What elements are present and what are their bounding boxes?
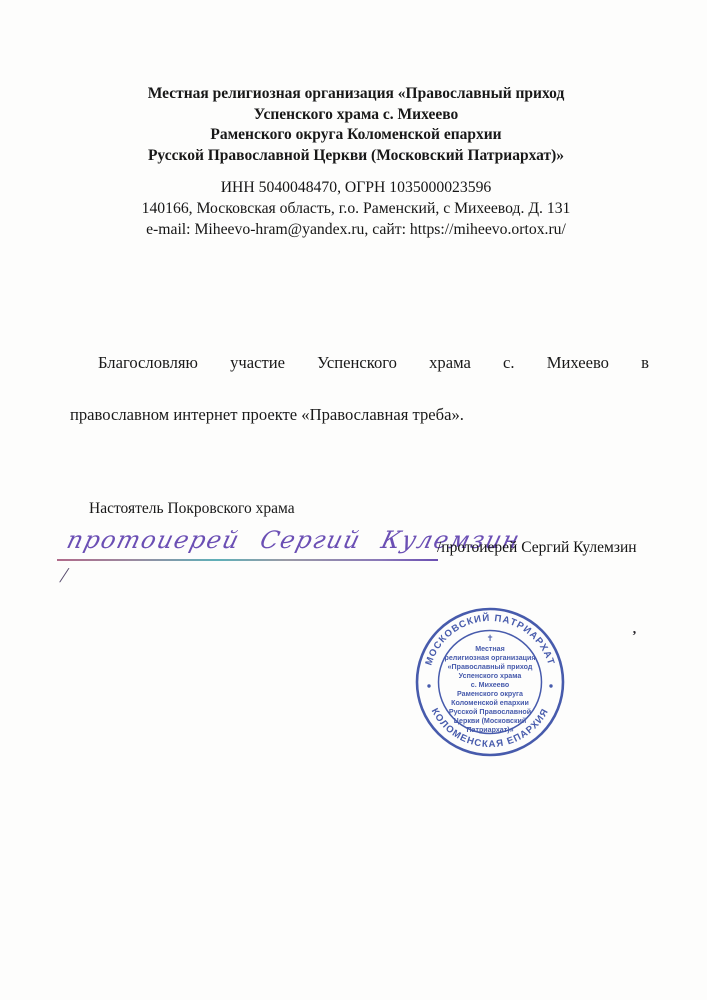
stamp-center-line: с. Михеево [471,681,510,689]
letter-body: Благословляю участие Успенского храма с.… [70,350,649,427]
org-name-line: Раменского округа Коломенской епархии [56,125,656,146]
org-name-line: Успенского храма с. Михеево [56,105,656,126]
handwritten-signature: протоиерей Сергий Кулемзин [64,526,451,554]
contacts-line: e-mail: Miheevo-hram@yandex.ru, сайт: ht… [56,219,656,240]
stamp-center-line: Церкви (Московский [454,717,526,725]
body-line: Благословляю участие Успенского храма с.… [70,350,649,402]
stamp-separator-dot-right [549,684,552,687]
stamp-center-line: Патриархат)» [466,726,513,734]
handwritten-slash-mark: / [59,563,68,588]
body-line: православном интернет проекте «Православ… [70,402,649,428]
letterhead-info: ИНН 5040048470, ОГРН 1035000023596 14016… [56,177,656,240]
address-line: 140166, Московская область, г.о. Раменск… [56,198,656,219]
org-name-line: Русской Православной Церкви (Московский … [56,146,656,167]
letterhead-org-name: Местная религиозная организация «Правосл… [56,84,656,167]
stamp-center-line: Успенского храма [459,672,522,680]
org-name-line: Местная религиозная организация «Правосл… [56,84,656,105]
stamp-center-line: Местная [475,645,505,653]
stamp-center-line: Раменского округа [457,690,523,698]
signer-position-title: Настоятель Покровского храма [89,500,295,518]
ink-speck: ’ [632,629,637,645]
stamp-center-line: Русской Православной [449,708,531,716]
stamp-center-line: религиозная организация [444,654,535,662]
official-round-stamp: МОСКОВСКИЙ ПАТРИАРХАТ КОЛОМЕНСКАЯ ЕПАРХИ… [404,596,576,768]
stamp-separator-dot-left [427,684,430,687]
stamp-seal-graphic: МОСКОВСКИЙ ПАТРИАРХАТ КОЛОМЕНСКАЯ ЕПАРХИ… [404,596,576,768]
stamp-center-line: Коломенской епархии [451,699,529,707]
signature-underline [57,559,438,561]
stamp-center-line: «Православный приход [448,663,533,671]
typed-signature-name: /протоиерей Сергий Кулемзин [437,539,637,557]
document-page: Местная религиозная организация «Правосл… [0,0,707,1000]
cross-icon: ✝ [486,633,493,643]
inn-ogrn-line: ИНН 5040048470, ОГРН 1035000023596 [56,177,656,198]
